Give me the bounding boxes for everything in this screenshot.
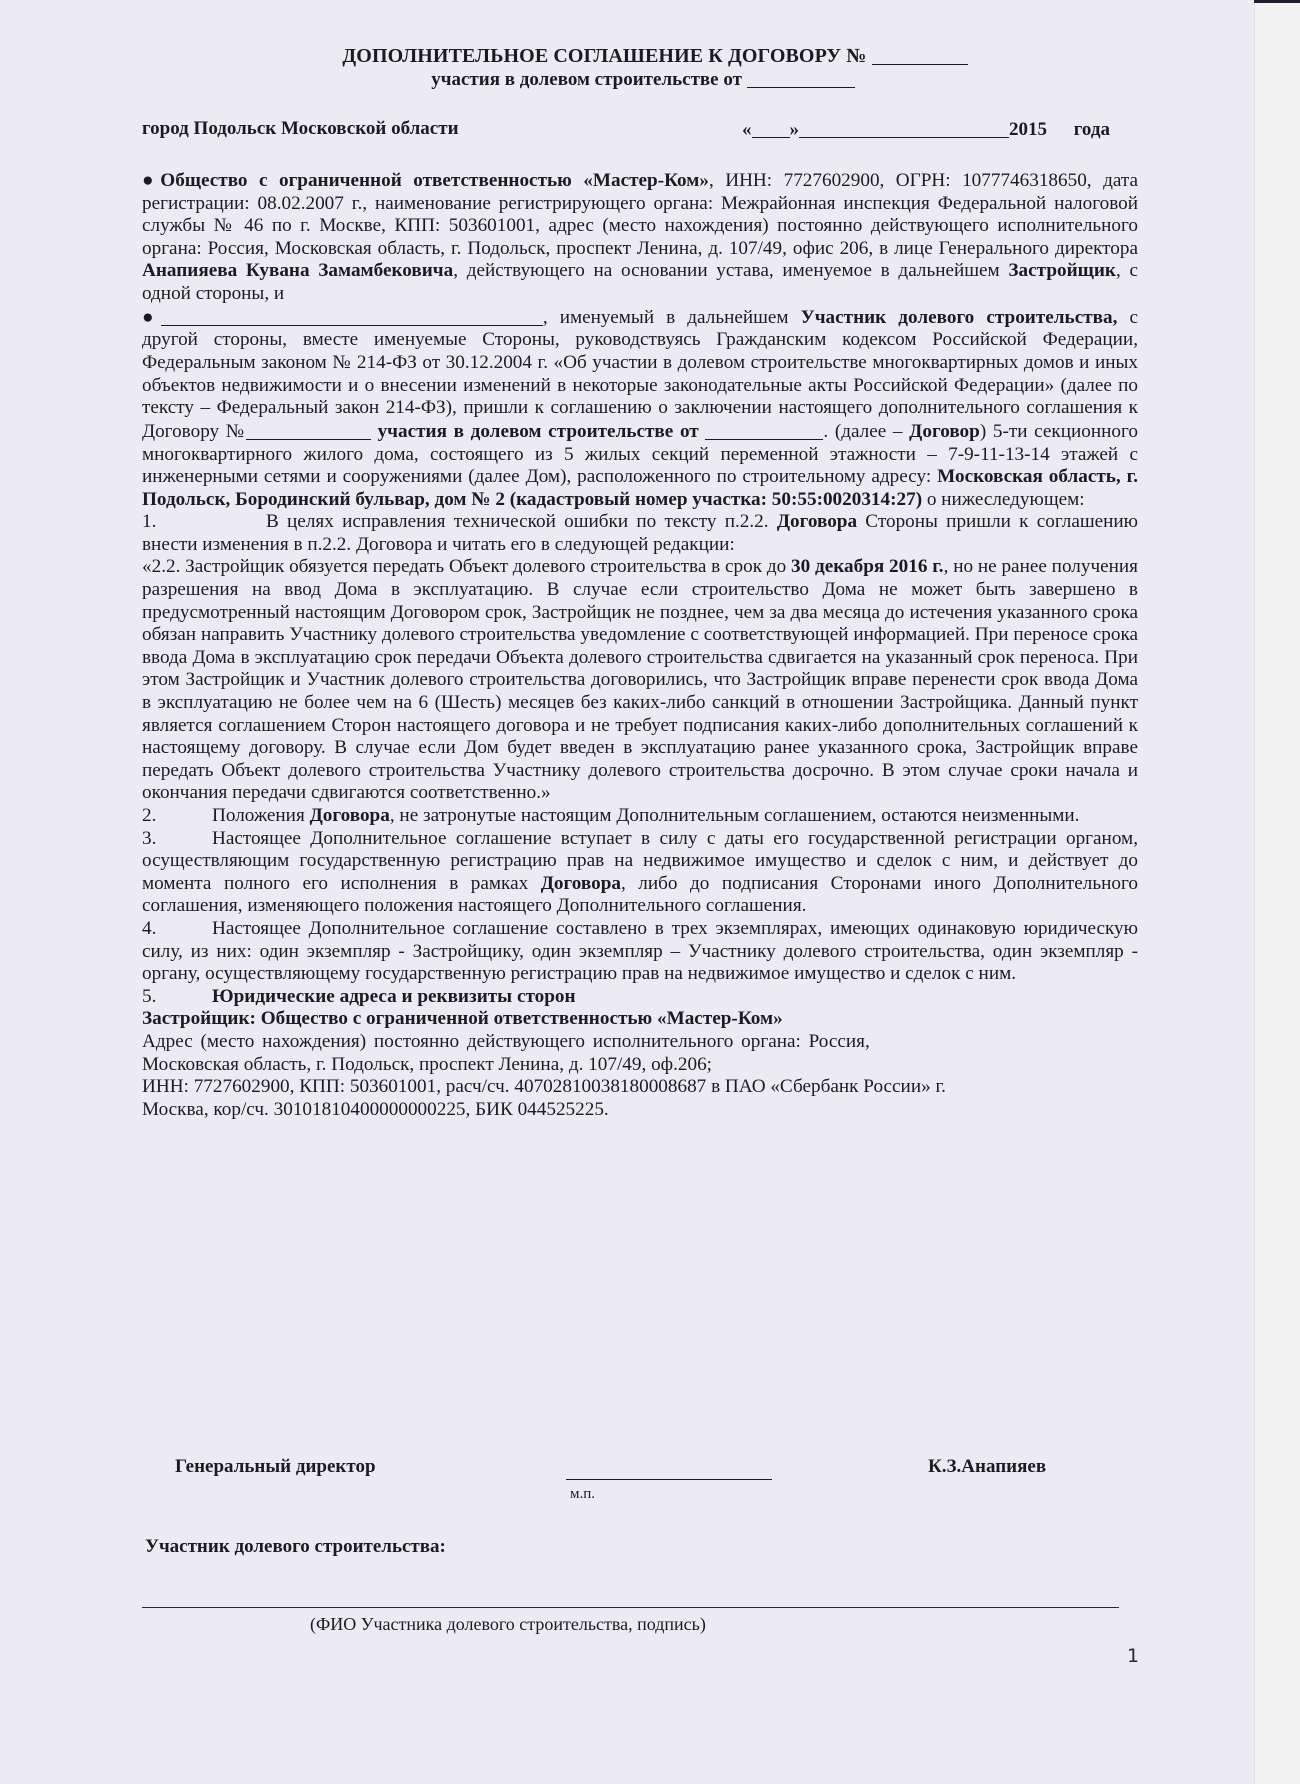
contract-number-blank-2[interactable] <box>246 420 371 440</box>
party1-paragraph: ●Общество с ограниченной ответственность… <box>142 170 1138 306</box>
clause-number: 3. <box>142 828 212 851</box>
document-title: ДОПОЛНИТЕЛЬНОЕ СОГЛАШЕНИЕ К ДОГОВОРУ № <box>0 44 1300 68</box>
clause-number: 4. <box>142 918 212 941</box>
quote-open: « <box>742 119 752 140</box>
scan-edge <box>1254 0 1300 3</box>
participant-caption: (ФИО Участника долевого строительства, п… <box>310 1614 706 1635</box>
title-text: ДОПОЛНИТЕЛЬНОЕ СОГЛАШЕНИЕ К ДОГОВОРУ № <box>342 45 866 67</box>
deadline-date: 30 декабря 2016 г. <box>791 556 944 577</box>
clause-heading: Юридические адреса и реквизиты сторон <box>212 986 576 1007</box>
party2-paragraph: ●, именуемый в дальнейшем Участник долев… <box>142 306 1138 512</box>
contract-date-blank-2[interactable] <box>705 420 823 440</box>
clause-text: В целях исправления технической ошибки п… <box>266 511 777 532</box>
month-blank[interactable] <box>799 118 1009 138</box>
contract-date-blank[interactable] <box>747 68 855 88</box>
requisites-block: Адрес (место нахождения) постоянно дейст… <box>142 1031 1138 1121</box>
requisites-title: Застройщик: Общество с ограниченной отве… <box>142 1008 783 1029</box>
clause-bold: Договора <box>310 805 390 826</box>
participant-role: Участник долевого строительства, <box>801 307 1118 328</box>
subtitle-text: участия в долевом строительстве от <box>431 69 742 90</box>
party2-text-5: о нижеследующем: <box>922 489 1085 510</box>
quote-text: «2.2. Застройщик обязуется передать Объе… <box>142 556 791 577</box>
document-body: ●Общество с ограниченной ответственность… <box>142 170 1138 1121</box>
clause-2: 2.Положения Договора, не затронутые наст… <box>142 805 1138 828</box>
requisites-line: Московская область, г. Подольск, проспек… <box>142 1054 1138 1077</box>
party1-text-2: , действующего на основании устава, имен… <box>453 260 1008 281</box>
director-name: К.З.Анапияев <box>928 1456 1046 1478</box>
clause-1-quote: «2.2. Застройщик обязуется передать Объе… <box>142 556 1138 805</box>
clause-4: 4.Настоящее Дополнительное соглашение со… <box>142 918 1138 986</box>
participant-name-blank[interactable] <box>161 306 543 326</box>
requisites-line: Москва, кор/сч. 30101810400000000225, БИ… <box>142 1099 1138 1122</box>
requisites-heading: Застройщик: Общество с ограниченной отве… <box>142 1008 1138 1031</box>
quote-text-2: , но не ранее получения разрешения на вв… <box>142 556 1138 803</box>
developer-role: Застройщик <box>1008 260 1116 281</box>
year-text: 2015 <box>1009 119 1047 140</box>
participant-label: Участник долевого строительства: <box>145 1536 446 1558</box>
party2-text: , именуемый в дальнейшем <box>543 307 801 328</box>
contract-label: участия в долевом строительстве от <box>371 421 705 442</box>
director-name: Анапияева Кувана Замамбековича <box>142 260 453 281</box>
bullet-icon: ● <box>142 170 160 191</box>
cadastral-number: (кадастровый номер участка: 50:55:002031… <box>505 489 922 510</box>
clause-1: 1.В целях исправления технической ошибки… <box>142 511 1138 556</box>
participant-signature-line[interactable] <box>142 1607 1119 1608</box>
clause-5: 5.Юридические адреса и реквизиты сторон <box>142 986 1138 1009</box>
day-blank[interactable] <box>752 118 790 138</box>
requisites-line: ИНН: 7727602900, КПП: 503601001, расч/сч… <box>142 1076 1138 1099</box>
clause-bold: Договора <box>541 873 621 894</box>
party2-text-3: . (далее – <box>823 421 909 442</box>
requisites-line: Адрес (место нахождения) постоянно дейст… <box>142 1031 1138 1054</box>
clause-number: 2. <box>142 805 212 828</box>
scan-margin-strip <box>1254 0 1300 1784</box>
year-suffix: года <box>1074 119 1110 140</box>
stamp-label: м.п. <box>570 1486 595 1503</box>
director-title: Генеральный директор <box>175 1456 376 1478</box>
page-number: 1 <box>1127 1645 1139 1667</box>
contract-word: Договор <box>909 421 980 442</box>
document-subtitle: участия в долевом строительстве от <box>0 68 1286 91</box>
bullet-icon: ● <box>142 307 161 328</box>
quote-close: » <box>790 119 800 140</box>
director-signature-line[interactable] <box>566 1479 772 1480</box>
party1-name: Общество с ограниченной ответственностью… <box>160 170 709 191</box>
contract-number-blank[interactable] <box>872 44 968 65</box>
clause-3: 3.Настоящее Дополнительное соглашение вс… <box>142 828 1138 918</box>
clause-number: 1. <box>142 511 266 534</box>
clause-text: Настоящее Дополнительное соглашение сост… <box>142 918 1138 984</box>
clause-bold: Договора <box>777 511 857 532</box>
clause-text: Положения <box>212 805 310 826</box>
clause-number: 5. <box>142 986 212 1009</box>
clause-text-2: , не затронутые настоящим Дополнительным… <box>390 805 1080 826</box>
city-line: город Подольск Московской области <box>142 118 459 140</box>
date-line: «»2015 года <box>742 118 1110 141</box>
